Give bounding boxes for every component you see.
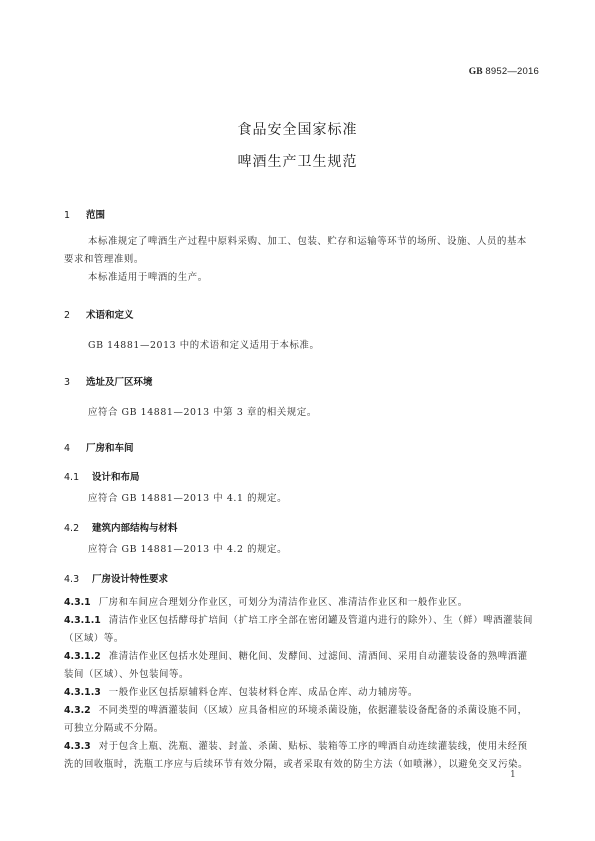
paragraph: 应符合 GB 14881—2013 中第 3 章的相关规定。	[88, 404, 317, 422]
document-subtitle: 啤酒生产卫生规范	[0, 151, 595, 171]
clause-4-3-3: 4.3.3对于包含上瓶、洗瓶、灌装、封盖、杀菌、贴标、装箱等工序的啤酒自动连续灌…	[64, 738, 534, 774]
clause-number: 4.3.1.2	[64, 651, 101, 662]
paragraph: 应符合 GB 14881—2013 中 4.2 的规定。	[88, 541, 287, 559]
standard-prefix: GB	[469, 67, 483, 77]
clause-text: 一般作业区包括原辅料仓库、包装材料仓库、成品仓库、动力辅房等。	[109, 687, 418, 698]
subsection-number: 4.2	[64, 523, 92, 534]
subsection-heading-4-2: 4.2建筑内部结构与材料	[64, 520, 178, 534]
section-number: 3	[64, 377, 86, 388]
clause-text: 厂房和车间应合理划分作业区，可划分为清洁作业区、准清洁作业区和一般作业区。	[99, 597, 468, 608]
clause-number: 4.3.3	[64, 741, 91, 752]
clause-number: 4.3.1.3	[64, 687, 101, 698]
section-title: 选址及厂区环境	[86, 377, 153, 388]
section-heading-4: 4厂房和车间	[64, 440, 134, 454]
clause-4-3-1-1: 4.3.1.1清洁作业区包括酵母扩培间（扩培工序全部在密闭罐及管道内进行的除外）…	[64, 612, 534, 648]
subsection-heading-4-3: 4.3厂房设计特性要求	[64, 571, 168, 585]
section-title: 厂房和车间	[86, 443, 134, 454]
subsection-title: 建筑内部结构与材料	[92, 523, 178, 534]
clause-number: 4.3.1	[64, 597, 91, 608]
subsection-title: 设计和布局	[92, 472, 140, 483]
section-title: 术语和定义	[86, 310, 134, 321]
section-heading-2: 2术语和定义	[64, 307, 134, 321]
standard-code: 8952—2016	[485, 66, 539, 77]
paragraph: 应符合 GB 14881—2013 中 4.1 的规定。	[88, 490, 287, 508]
section-heading-1: 1范围	[64, 207, 105, 221]
clause-text: 清洁作业区包括酵母扩培间（扩培工序全部在密闭罐及管道内进行的除外）、生（鲜）啤酒…	[64, 615, 533, 644]
clause-number: 4.3.1.1	[64, 615, 101, 626]
section-number: 4	[64, 443, 86, 454]
clause-text: 对于包含上瓶、洗瓶、灌装、封盖、杀菌、贴标、装箱等工序的啤酒自动连续灌装线，使用…	[64, 741, 528, 770]
page-number: 1	[510, 770, 516, 780]
section-number: 2	[64, 310, 86, 321]
subsection-number: 4.1	[64, 472, 92, 483]
subsection-title: 厂房设计特性要求	[92, 574, 168, 585]
paragraph: 本标准适用于啤酒的生产。	[64, 269, 534, 287]
clause-4-3-2: 4.3.2不同类型的啤酒灌装间（区域）应具备相应的环境杀菌设施，依据灌装设备配备…	[64, 702, 534, 738]
clause-text: 不同类型的啤酒灌装间（区域）应具备相应的环境杀菌设施，依据灌装设备配备的杀菌设施…	[64, 705, 528, 734]
clause-4-3-1: 4.3.1厂房和车间应合理划分作业区，可划分为清洁作业区、准清洁作业区和一般作业…	[64, 594, 534, 612]
paragraph: 本标准规定了啤酒生产过程中原料采购、加工、包装、贮存和运输等环节的场所、设施、人…	[64, 233, 534, 269]
section-number: 1	[64, 210, 86, 221]
subsection-heading-4-1: 4.1设计和布局	[64, 469, 140, 483]
subsection-number: 4.3	[64, 574, 92, 585]
clause-number: 4.3.2	[64, 705, 91, 716]
clause-text: 准清洁作业区包括水处理间、糖化间、发酵间、过滤间、清酒间、采用自动灌装设备的熟啤…	[64, 651, 528, 680]
section-heading-3: 3选址及厂区环境	[64, 374, 153, 388]
clause-4-3-1-3: 4.3.1.3一般作业区包括原辅料仓库、包装材料仓库、成品仓库、动力辅房等。	[64, 684, 534, 702]
paragraph: GB 14881—2013 中的术语和定义适用于本标准。	[88, 337, 319, 355]
clause-4-3-1-2: 4.3.1.2准清洁作业区包括水处理间、糖化间、发酵间、过滤间、清酒间、采用自动…	[64, 648, 534, 684]
section-title: 范围	[86, 210, 105, 221]
standard-number: GB 8952—2016	[469, 66, 539, 77]
document-title: 食品安全国家标准	[0, 119, 595, 139]
